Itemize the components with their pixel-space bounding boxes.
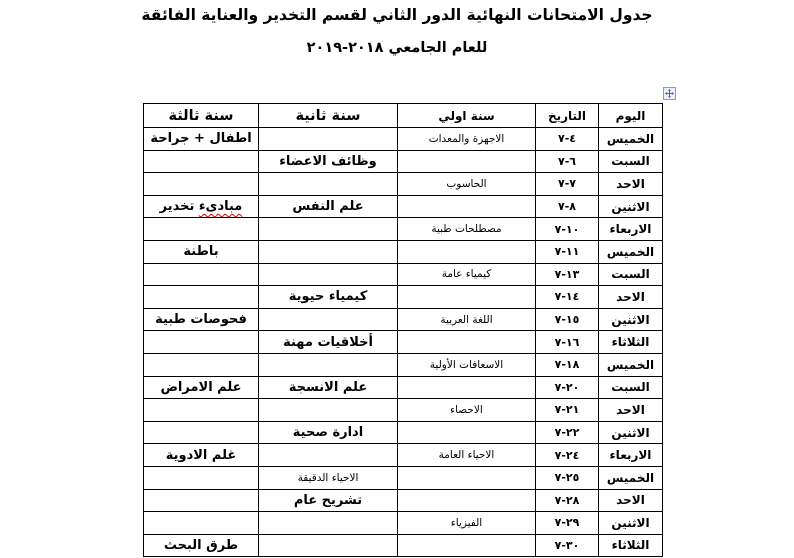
table-row: الاثنين ٢٩-٧ الفيزياء xyxy=(144,512,663,535)
table-row: السبت ٦-٧ وظائف الاعضاء xyxy=(144,150,663,173)
header-row: اليوم التاريخ سنة اولي سنة ثانية سنة ثال… xyxy=(144,104,663,128)
date-cell[interactable]: ١٨-٧ xyxy=(536,353,599,376)
date-cell[interactable]: ٤-٧ xyxy=(536,128,599,151)
date-cell[interactable]: ٢١-٧ xyxy=(536,399,599,422)
year3-subject-cell[interactable] xyxy=(144,466,259,489)
day-cell[interactable]: الاحد xyxy=(599,489,663,512)
table-row: الثلاثاء ٣٠-٧ طرق البحث xyxy=(144,534,663,557)
year2-subject-cell[interactable]: ادارة صحية xyxy=(259,421,398,444)
date-cell[interactable]: ٣٠-٧ xyxy=(536,534,599,557)
year1-subject-cell[interactable]: الاجهزة والمعدات xyxy=(398,128,536,151)
year1-subject-cell[interactable] xyxy=(398,240,536,263)
table-row: الاثنين ١٥-٧ اللغة العربية فحوصات طبية xyxy=(144,308,663,331)
date-cell[interactable]: ١٠-٧ xyxy=(536,218,599,241)
table-row: السبت ٢٠-٧ علم الانسجة علم الامراض xyxy=(144,376,663,399)
table-row: الاحد ٧-٧ الحاسوب xyxy=(144,173,663,196)
table-row: الاربعاء ٢٤-٧ الاحياء العامة غلم الادوية xyxy=(144,444,663,467)
year3-subject-cell[interactable] xyxy=(144,353,259,376)
table-row: الاحد ٢٨-٧ تشريح عام xyxy=(144,489,663,512)
day-cell[interactable]: الاثنين xyxy=(599,308,663,331)
table-row: الاحد ١٤-٧ كيمياء حيوية xyxy=(144,286,663,309)
day-cell[interactable]: الثلاثاء xyxy=(599,534,663,557)
move-cross-icon xyxy=(665,89,674,98)
day-cell[interactable]: الاثنين xyxy=(599,421,663,444)
date-cell[interactable]: ٢٠-٧ xyxy=(536,376,599,399)
year3-subject-cell[interactable]: باطنة xyxy=(144,240,259,263)
date-cell[interactable]: ١١-٧ xyxy=(536,240,599,263)
year3-subject-cell[interactable] xyxy=(144,489,259,512)
year2-subject-cell[interactable] xyxy=(259,444,398,467)
year1-subject-cell[interactable] xyxy=(398,195,536,218)
year1-subject-cell[interactable]: كيمياء عامة xyxy=(398,263,536,286)
year1-subject-cell[interactable] xyxy=(398,331,536,354)
date-cell[interactable]: ٦-٧ xyxy=(536,150,599,173)
document-title: جدول الامتحانات النهائية الدور الثاني لق… xyxy=(0,4,794,59)
date-cell[interactable]: ٧-٧ xyxy=(536,173,599,196)
table-row: الاربعاء ١٠-٧ مصطلحات طبية xyxy=(144,218,663,241)
year1-subject-cell[interactable]: الاسعافات الأولية xyxy=(398,353,536,376)
year1-subject-cell[interactable] xyxy=(398,286,536,309)
year3-subject-cell[interactable] xyxy=(144,399,259,422)
day-cell[interactable]: الخميس xyxy=(599,240,663,263)
day-cell[interactable]: الخميس xyxy=(599,466,663,489)
year1-subject-cell[interactable]: مصطلحات طبية xyxy=(398,218,536,241)
year3-subject-cell[interactable] xyxy=(144,286,259,309)
day-cell[interactable]: الاحد xyxy=(599,399,663,422)
date-cell[interactable]: ١٤-٧ xyxy=(536,286,599,309)
document-page: جدول الامتحانات النهائية الدور الثاني لق… xyxy=(0,0,794,558)
misspelled-word: مبادىء xyxy=(199,199,242,214)
date-cell[interactable]: ٢٩-٧ xyxy=(536,512,599,535)
year2-subject-cell[interactable]: كيمياء حيوية xyxy=(259,286,398,309)
table-row: الاثنين ٢٢-٧ ادارة صحية xyxy=(144,421,663,444)
year2-subject-cell[interactable] xyxy=(259,512,398,535)
year2-subject-cell[interactable]: علم الانسجة xyxy=(259,376,398,399)
year2-subject-cell[interactable] xyxy=(259,534,398,557)
year1-subject-cell[interactable]: الاحصاء xyxy=(398,399,536,422)
year2-subject-cell[interactable]: علم النفس xyxy=(259,195,398,218)
year3-subject-cell[interactable] xyxy=(144,263,259,286)
table-row: الاحد ٢١-٧ الاحصاء xyxy=(144,399,663,422)
year3-subject-cell[interactable]: مبادىء تخدير xyxy=(144,195,259,218)
year3-subject-cell[interactable] xyxy=(144,173,259,196)
table-row: الخميس ٢٥-٧ الاحياء الدقيقة xyxy=(144,466,663,489)
year3-subject-cell[interactable]: اطفال + جراحة xyxy=(144,128,259,151)
year3-subject-cell[interactable]: غلم الادوية xyxy=(144,444,259,467)
document-title-line2: للعام الجامعي ٢٠١٨-٢٠١٩ xyxy=(0,37,794,59)
date-cell[interactable]: ١٦-٧ xyxy=(536,331,599,354)
year2-subject-cell[interactable] xyxy=(259,240,398,263)
year1-subject-cell[interactable] xyxy=(398,376,536,399)
day-cell[interactable]: الاحد xyxy=(599,173,663,196)
year2-subject-cell[interactable]: تشريح عام xyxy=(259,489,398,512)
table-row: الخميس ٤-٧ الاجهزة والمعدات اطفال + جراح… xyxy=(144,128,663,151)
date-cell[interactable]: ١٥-٧ xyxy=(536,308,599,331)
day-cell[interactable]: السبت xyxy=(599,150,663,173)
column-header-date[interactable]: التاريخ xyxy=(536,104,599,128)
date-cell[interactable]: ٢٢-٧ xyxy=(536,421,599,444)
day-cell[interactable]: الثلاثاء xyxy=(599,331,663,354)
year2-subject-cell[interactable]: الاحياء الدقيقة xyxy=(259,466,398,489)
year1-subject-cell[interactable] xyxy=(398,150,536,173)
year3-subject-cell[interactable] xyxy=(144,512,259,535)
exam-schedule-table-body: الخميس ٤-٧ الاجهزة والمعدات اطفال + جراح… xyxy=(144,128,663,557)
date-cell[interactable]: ٢٤-٧ xyxy=(536,444,599,467)
year2-subject-cell[interactable] xyxy=(259,218,398,241)
day-cell[interactable]: الخميس xyxy=(599,353,663,376)
day-cell[interactable]: السبت xyxy=(599,376,663,399)
year1-subject-cell[interactable]: الحاسوب xyxy=(398,173,536,196)
day-cell[interactable]: الاثنين xyxy=(599,512,663,535)
year1-subject-cell[interactable] xyxy=(398,489,536,512)
year3-subject-cell[interactable]: فحوصات طبية xyxy=(144,308,259,331)
year1-subject-cell[interactable]: الفيزياء xyxy=(398,512,536,535)
year2-subject-cell[interactable] xyxy=(259,399,398,422)
document-title-line1: جدول الامتحانات النهائية الدور الثاني لق… xyxy=(0,4,794,26)
date-cell[interactable]: ٨-٧ xyxy=(536,195,599,218)
table-row: الخميس ١٨-٧ الاسعافات الأولية xyxy=(144,353,663,376)
day-cell[interactable]: الخميس xyxy=(599,128,663,151)
year1-subject-cell[interactable]: اللغة العربية xyxy=(398,308,536,331)
year3-subject-cell[interactable] xyxy=(144,331,259,354)
day-cell[interactable]: الاحد xyxy=(599,286,663,309)
date-cell[interactable]: ٢٥-٧ xyxy=(536,466,599,489)
year2-subject-cell[interactable]: وظائف الاعضاء xyxy=(259,150,398,173)
date-cell[interactable]: ١٣-٧ xyxy=(536,263,599,286)
column-header-year1[interactable]: سنة اولي xyxy=(398,104,536,128)
year1-subject-cell[interactable] xyxy=(398,534,536,557)
year2-subject-cell[interactable] xyxy=(259,263,398,286)
year1-subject-cell[interactable]: الاحياء العامة xyxy=(398,444,536,467)
table-row: الثلاثاء ١٦-٧ أخلاقيات مهنة xyxy=(144,331,663,354)
day-cell[interactable]: الاربعاء xyxy=(599,444,663,467)
year3-subject-cell[interactable]: طرق البحث xyxy=(144,534,259,557)
day-cell[interactable]: الاربعاء xyxy=(599,218,663,241)
table-move-handle[interactable] xyxy=(663,87,676,100)
year3-subject-cell[interactable] xyxy=(144,218,259,241)
column-header-year3[interactable]: سنة ثالثة xyxy=(144,104,259,128)
year1-subject-cell[interactable] xyxy=(398,421,536,444)
table-row: الاثنين ٨-٧ علم النفس مبادىء تخدير xyxy=(144,195,663,218)
table-row: السبت ١٣-٧ كيمياء عامة xyxy=(144,263,663,286)
column-header-year2[interactable]: سنة ثانية xyxy=(259,104,398,128)
exam-schedule-table: اليوم التاريخ سنة اولي سنة ثانية سنة ثال… xyxy=(143,103,663,557)
year3-subject-cell[interactable]: علم الامراض xyxy=(144,376,259,399)
table-row: الخميس ١١-٧ باطنة xyxy=(144,240,663,263)
year3-subject-cell[interactable] xyxy=(144,421,259,444)
year2-subject-cell[interactable] xyxy=(259,353,398,376)
year3-subject-cell[interactable] xyxy=(144,150,259,173)
year1-subject-cell[interactable] xyxy=(398,466,536,489)
date-cell[interactable]: ٢٨-٧ xyxy=(536,489,599,512)
year2-subject-cell[interactable] xyxy=(259,308,398,331)
day-cell[interactable]: الاثنين xyxy=(599,195,663,218)
column-header-day[interactable]: اليوم xyxy=(599,104,663,128)
year2-subject-cell[interactable] xyxy=(259,128,398,151)
day-cell[interactable]: السبت xyxy=(599,263,663,286)
year2-subject-cell[interactable] xyxy=(259,173,398,196)
year2-subject-cell[interactable]: أخلاقيات مهنة xyxy=(259,331,398,354)
